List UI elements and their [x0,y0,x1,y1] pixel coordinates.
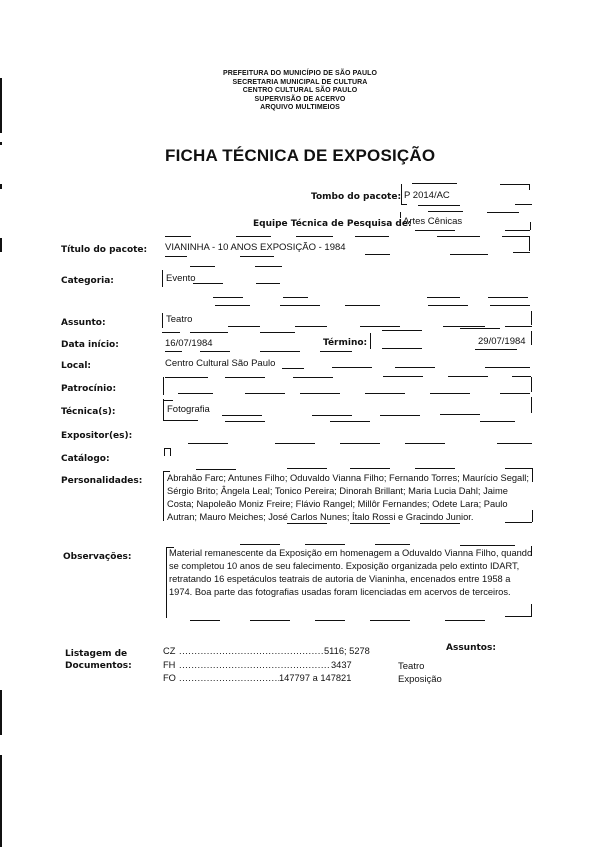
field-border [532,510,533,522]
personalidades-value[interactable]: Abrahão Farc; Antunes Filho; Oduvaldo Vi… [167,472,529,524]
field-border [166,548,167,618]
field-border [188,443,228,444]
patrocinio-label: Patrocínio: [61,384,116,394]
field-border [225,377,265,378]
data-inicio-value[interactable]: 16/07/1984 [165,338,213,349]
header-line: PREFEITURA DO MUNICÍPIO DE SÃO PAULO [200,70,400,79]
expositor-label: Expositor(es): [61,431,132,441]
field-border [460,328,500,329]
field-border [200,351,230,352]
equipe-label: Equipe Técnica de Pesquisa de: [253,219,412,229]
field-border [222,415,262,416]
header-line: CENTRO CULTURAL SÃO PAULO [200,87,400,96]
field-border [330,421,370,422]
field-border [505,326,532,327]
field-border [190,332,228,333]
field-border [340,443,380,444]
field-border [365,254,390,255]
scan-edge-mark [0,142,2,145]
assunto-item: Teatro [398,661,424,672]
field-border [427,297,460,298]
field-border [163,471,164,521]
field-border [305,544,345,545]
termino-label: Término: [323,338,367,348]
field-border [190,266,215,267]
field-border [320,351,352,352]
field-border [315,620,345,621]
field-border [295,326,327,327]
titulo-label: Título do pacote: [61,245,147,255]
field-border [162,332,180,333]
listagem-label-2: Documentos: [65,661,132,671]
field-border [245,393,285,394]
field-border [460,545,515,546]
field-border [215,305,250,306]
field-border [382,348,422,349]
tecnica-label: Técnica(s): [61,407,115,417]
field-border [240,256,274,257]
scan-edge-mark [0,78,2,133]
field-border [420,523,460,524]
field-border [196,469,236,470]
field-border [228,326,260,327]
field-border [345,305,380,306]
document-title: FICHA TÉCNICA DE EXPOSIÇÃO [165,146,455,166]
field-border [490,305,530,306]
categoria-value[interactable]: Evento [166,273,196,284]
field-border [350,523,390,524]
scan-edge-mark [0,238,2,252]
field-border [529,236,530,251]
field-border [383,376,423,377]
tecnica-value[interactable]: Fotografia [167,404,210,415]
local-value[interactable]: Centro Cultural São Paulo [165,358,275,369]
field-border [440,414,480,415]
scan-edge-mark [0,755,2,847]
field-border [213,297,243,298]
observacoes-value[interactable]: Material remanescente da Exposição em ho… [169,547,533,599]
data-inicio-label: Data início: [61,340,119,350]
document-row-fo: FO......................................… [163,673,351,683]
field-border [163,420,198,421]
document-code: CZ [163,646,179,656]
field-border [256,283,280,284]
field-border [515,204,532,205]
field-border [443,326,485,327]
document-code: FH [163,660,179,670]
field-border [250,620,290,621]
local-label: Local: [61,361,91,371]
tombo-value[interactable]: P 2014/AC [404,190,450,201]
field-border [193,283,223,284]
field-border [445,620,485,621]
field-border [531,331,532,345]
field-border [332,367,372,368]
field-border [487,212,519,213]
field-border [355,236,389,237]
field-border [165,351,182,352]
field-border [178,393,213,394]
field-border [365,393,405,394]
titulo-value[interactable]: VIANINHA - 10 ANOS EXPOSIÇÃO - 1984 [165,242,346,253]
field-border [505,522,532,523]
field-border [480,421,515,422]
field-border [500,393,530,394]
field-border [401,204,407,205]
field-border [412,183,457,184]
catalogo-label: Catálogo: [61,454,110,464]
field-border [260,351,300,352]
document-code: FO [163,673,179,683]
document-value: 5116; 5278 [324,646,370,656]
document-value: 147797 a 147821 [279,673,351,683]
field-border [497,443,532,444]
field-border [163,399,164,420]
assuntos-label: Assuntos: [446,643,496,653]
field-border [428,211,463,212]
field-border [162,313,163,328]
field-border [405,443,445,444]
equipe-value[interactable]: Artes Cênicas [403,216,462,227]
field-border [162,270,163,287]
field-border [382,330,422,331]
field-border [375,544,410,545]
header-line: ARQUIVO MULTIMEIOS [200,104,400,113]
field-border [260,332,295,333]
document-row-cz: CZ......................................… [163,646,370,656]
field-border [502,236,530,237]
field-border [300,393,340,394]
field-border [430,393,470,394]
document-row-fh: FH......................................… [163,660,352,670]
field-border [531,377,532,392]
field-border [280,305,320,306]
field-border [165,236,191,237]
scan-edge-mark [0,690,2,735]
field-border [240,544,280,545]
field-border [531,397,532,413]
dot-leader: ........................................… [179,660,331,670]
field-border [531,311,532,325]
catalogo-checkbox[interactable] [164,448,171,456]
assunto-item: Exposição [398,674,442,685]
field-border [415,468,455,469]
observacoes-label: Observações: [63,552,132,562]
field-border [190,620,220,621]
field-border [505,230,530,231]
document-value: 3437 [331,660,352,670]
field-border [370,333,371,349]
document-page: PREFEITURA DO MUNICÍPIO DE SÃO PAULO SEC… [0,0,593,847]
header-line: SECRETARIA MUNICIPAL DE CULTURA [200,79,400,88]
field-border [401,184,402,204]
personalidades-label: Personalidades: [61,476,142,486]
scan-edge-mark [0,184,2,189]
institution-header: PREFEITURA DO MUNICÍPIO DE SÃO PAULO SEC… [200,70,400,113]
field-border [163,377,164,395]
assunto-label: Assunto: [61,318,106,328]
field-border [505,616,532,617]
field-border [287,468,327,469]
field-border [450,254,488,255]
field-border [500,184,530,185]
header-line: SUPERVISÃO DE ACERVO [200,96,400,105]
field-border [488,297,528,298]
field-border [296,236,333,237]
field-border [395,367,435,368]
field-border [415,230,455,231]
field-border [530,222,531,230]
field-border [448,376,488,377]
field-border [400,212,401,218]
listagem-label: Listagem de [65,649,127,659]
field-border [275,443,315,444]
categoria-label: Categoria: [61,276,114,286]
field-border [370,620,410,621]
field-border [165,256,187,257]
assunto-value[interactable]: Teatro [166,314,192,325]
dot-leader: ........................................… [179,673,279,683]
field-border [512,376,531,377]
field-border [475,349,517,350]
field-border [485,367,530,368]
field-border [225,421,265,422]
field-border [529,184,530,190]
field-border [350,468,390,469]
field-border [380,415,420,416]
field-border [428,305,468,306]
field-border [513,252,530,253]
field-border [293,377,333,378]
field-border [531,604,532,616]
field-border [165,377,208,378]
termino-value[interactable]: 29/07/1984 [478,336,526,347]
field-border [360,326,400,327]
field-border [505,468,532,469]
field-border [532,468,533,482]
field-border [255,266,282,267]
field-border [283,297,308,298]
field-border [236,236,271,237]
field-border [287,523,327,524]
field-border [163,400,173,401]
field-border [418,205,460,206]
field-border [282,368,304,369]
tombo-label: Tombo do pacote: [311,192,401,202]
dot-leader: ........................................… [179,646,324,656]
field-border [312,415,352,416]
field-border [437,236,480,237]
